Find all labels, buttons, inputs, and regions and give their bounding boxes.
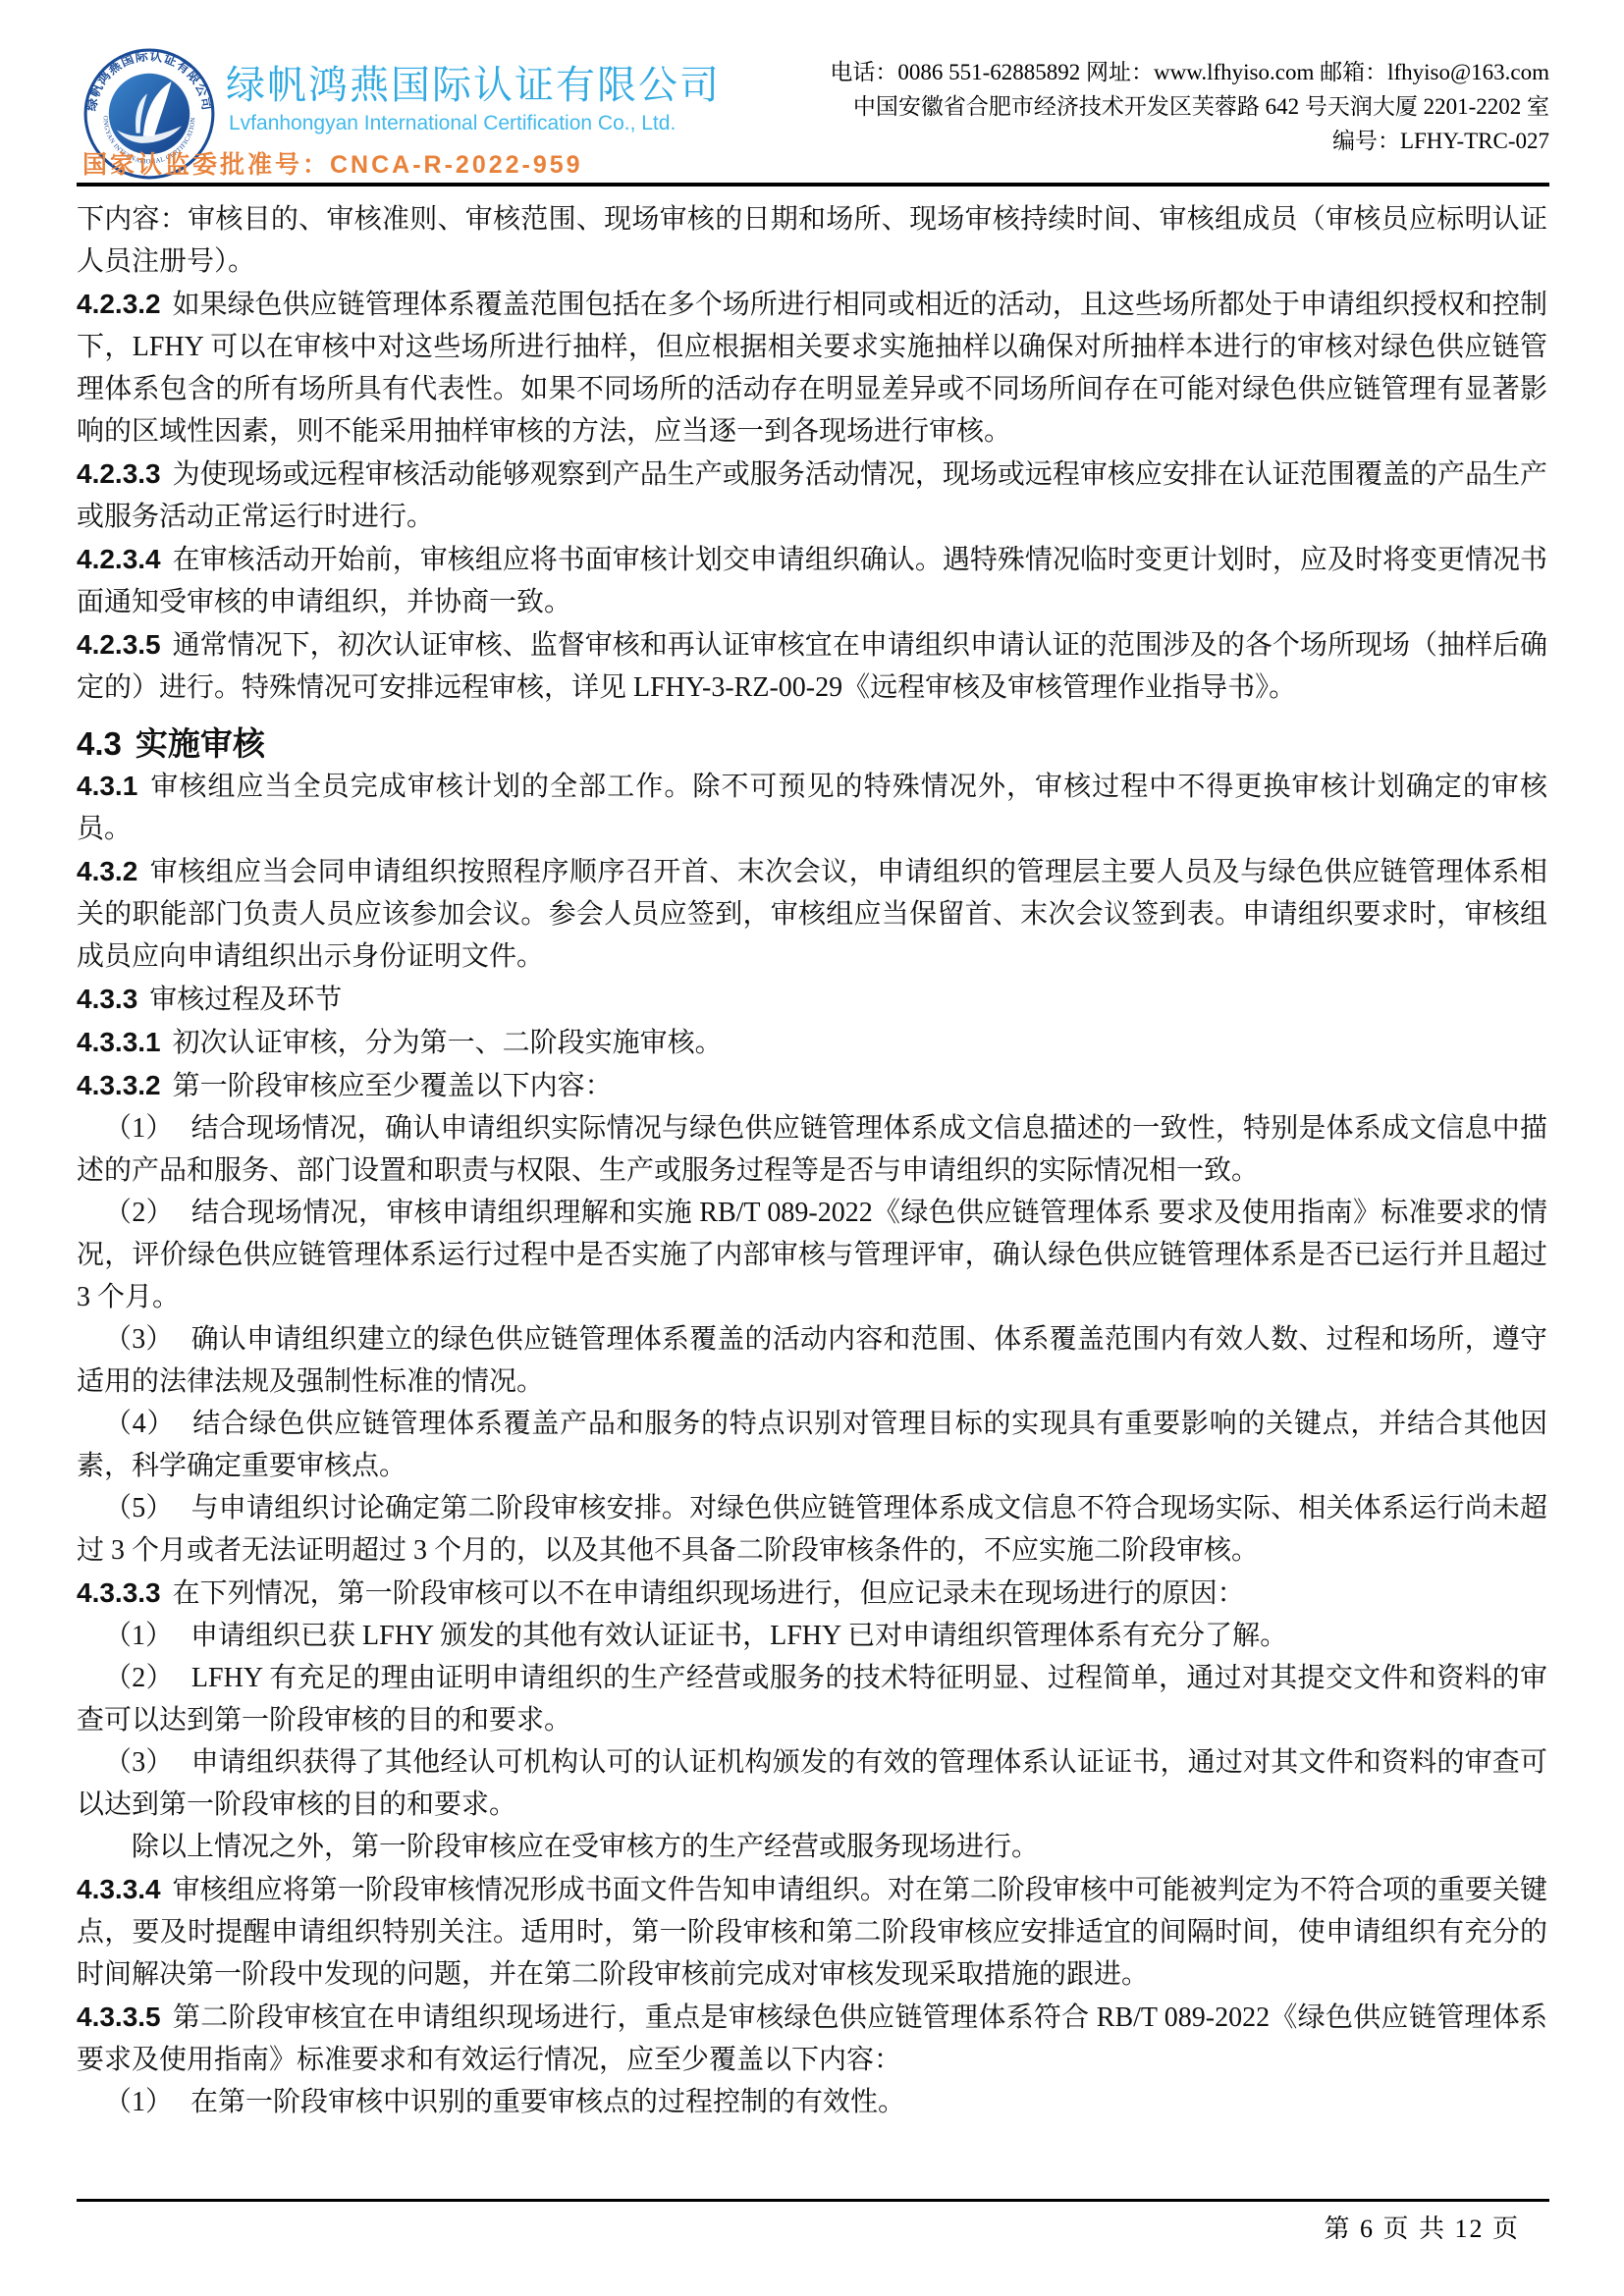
list-item: （3）确认申请组织建立的绿色供应链管理体系覆盖的活动内容和范围、体系覆盖范围内有… [77, 1318, 1547, 1403]
paragraph-number: （1） [104, 1113, 174, 1144]
paragraph: 4.3.3.1初次认证审核，分为第一、二阶段实施审核。 [77, 1021, 1547, 1064]
paragraph-number: 4.3.3.3 [77, 1577, 161, 1608]
paragraph-number: 4.2.3.4 [77, 544, 161, 574]
paragraph-number: 4.2.3.5 [77, 629, 161, 660]
paragraph: 4.3.3.3在下列情况，第一阶段审核可以不在申请组织现场进行，但应记录未在现场… [77, 1572, 1547, 1615]
paragraph-number: 4.3.3.1 [77, 1027, 161, 1057]
paragraph: 4.3.3审核过程及环节 [77, 978, 1547, 1021]
paragraph: 4.2.3.3为使现场或远程审核活动能够观察到产品生产或服务活动情况，现场或远程… [77, 453, 1547, 538]
company-name-zh: 绿帆鸿燕国际认证有限公司 [226, 63, 721, 108]
paragraph: 4.3.2审核组应当会同申请组织按照程序顺序召开首、末次会议，申请组织的管理层主… [77, 850, 1547, 978]
approval-number: 国家认监委批准号：CNCA-R-2022-959 [82, 145, 583, 181]
page-number: 第 6 页 共 12 页 [1324, 2209, 1520, 2245]
paragraph: 4.3.3.4审核组应将第一阶段审核情况形成书面文件告知申请组织。对在第二阶段审… [77, 1868, 1547, 1996]
paragraph-number: （2） [104, 1663, 174, 1693]
paragraph-number: 4.3.1 [77, 771, 137, 801]
contact-line: 电话：0086 551-62885892 网址：www.lfhyiso.com … [830, 55, 1549, 89]
paragraph: 4.3.3.5第二阶段审核宜在申请组织现场进行，重点是审核绿色供应链管理体系符合… [77, 1996, 1547, 2081]
section-heading: 4.3实施审核 [77, 722, 1547, 765]
header-contact-block: 电话：0086 551-62885892 网址：www.lfhyiso.com … [830, 55, 1549, 158]
paragraph: 下内容：审核目的、审核准则、审核范围、现场审核的日期和场所、现场审核持续时间、审… [77, 198, 1547, 283]
footer-divider [77, 2199, 1549, 2202]
list-item: （3）申请组织获得了其他经认可机构认可的认证机构颁发的有效的管理体系认证证书，通… [77, 1741, 1547, 1826]
paragraph-number: （5） [104, 1493, 174, 1523]
paragraph-number: 4.3.3.4 [77, 1874, 161, 1904]
paragraph-number: 4.3.2 [77, 856, 137, 886]
paragraph-number: 4.3.3.2 [77, 1070, 161, 1100]
paragraph: 除以上情况之外，第一阶段审核应在受审核方的生产经营或服务现场进行。 [77, 1826, 1547, 1868]
paragraph: 4.2.3.2如果绿色供应链管理体系覆盖范围包括在多个场所进行相同或相近的活动，… [77, 283, 1547, 453]
paragraph-number: 4.3.3 [77, 984, 137, 1014]
list-item: （1）申请组织已获 LFHY 颁发的其他有效认证证书，LFHY 已对申请组织管理… [77, 1615, 1547, 1657]
paragraph: 4.2.3.5通常情况下，初次认证审核、监督审核和再认证审核宜在申请组织申请认证… [77, 623, 1547, 709]
company-name-en: Lvfanhongyan International Certification… [229, 112, 676, 135]
paragraph-number: （2） [104, 1198, 174, 1228]
paragraph-number: （1） [104, 2087, 173, 2117]
document-body: 下内容：审核目的、审核准则、审核范围、现场审核的日期和场所、现场审核持续时间、审… [77, 198, 1547, 2123]
list-item: （5）与申请组织讨论确定第二阶段审核安排。对绿色供应链管理体系成文信息不符合现场… [77, 1487, 1547, 1572]
list-item: （2）LFHY 有充足的理由证明申请组织的生产经营或服务的技术特征明显、过程简单… [77, 1657, 1547, 1741]
paragraph-number: （4） [104, 1409, 175, 1439]
list-item: （2）结合现场情况，审核申请组织理解和实施 RB/T 089-2022《绿色供应… [77, 1192, 1547, 1318]
paragraph: 4.2.3.4在审核活动开始前，审核组应将书面审核计划交申请组织确认。遇特殊情况… [77, 538, 1547, 623]
paragraph-number: 4.3 [77, 725, 122, 762]
paragraph-number: 4.2.3.3 [77, 458, 161, 489]
list-item: （1）结合现场情况，确认申请组织实际情况与绿色供应链管理体系成文信息描述的一致性… [77, 1107, 1547, 1192]
paragraph-number: （3） [104, 1324, 174, 1355]
paragraph-number: （3） [104, 1747, 174, 1778]
list-item: （4）结合绿色供应链管理体系覆盖产品和服务的特点识别对管理目标的实现具有重要影响… [77, 1403, 1547, 1487]
paragraph-number: 4.3.3.5 [77, 2002, 161, 2032]
header-divider [77, 183, 1549, 187]
paragraph-number: 4.2.3.2 [77, 289, 161, 319]
doc-number-line: 编号：LFHY-TRC-027 [830, 124, 1549, 158]
paragraph: 4.3.1审核组应当全员完成审核计划的全部工作。除不可预见的特殊情况外，审核过程… [77, 765, 1547, 850]
list-item: （1）在第一阶段审核中识别的重要审核点的过程控制的有效性。 [77, 2081, 1547, 2123]
address-line: 中国安徽省合肥市经济技术开发区芙蓉路 642 号天润大厦 2201-2202 室 [830, 89, 1549, 124]
paragraph-number: （1） [104, 1621, 173, 1651]
page: 绿帆鸿燕国际认证有限公司 LVFANHONGYAN INTERNATIONAL … [0, 0, 1624, 2296]
paragraph: 4.3.3.2第一阶段审核应至少覆盖以下内容： [77, 1064, 1547, 1107]
